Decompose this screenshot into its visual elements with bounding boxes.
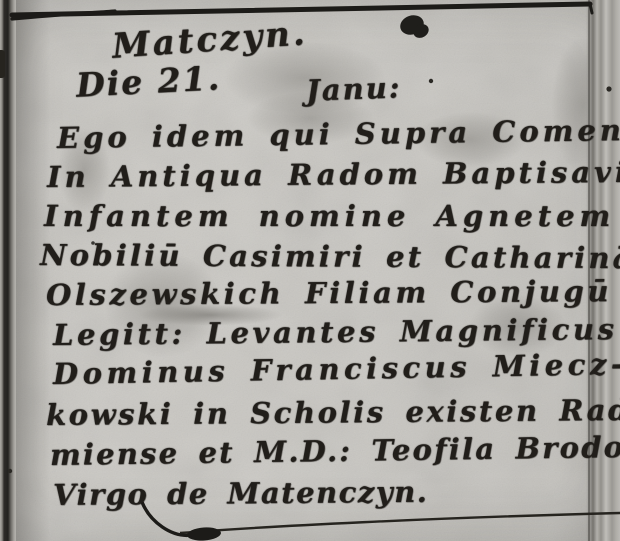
manuscript-line: kowski in Scholis existen Rado= <box>46 392 620 432</box>
page-edge-nick <box>0 50 5 78</box>
manuscript-line: Dominus Franciscus Miecz- <box>53 347 620 391</box>
manuscript-line: Infantem nomine Agnetem <box>44 199 615 233</box>
manuscript-line: Nobiliū Casimiri et Catharinā <box>40 238 620 275</box>
manuscript-line: Olszewskich Filiam Conjugū <box>46 274 612 312</box>
manuscript-line: Virgo de Matenczyn. <box>53 475 429 512</box>
manuscript-line: Legitt: Levantes Magnificus <box>53 312 618 352</box>
entry-date-month: Janu: <box>305 70 402 107</box>
entry-date-day: Die 21. <box>75 58 222 105</box>
page-fold-edge <box>0 0 16 541</box>
manuscript-page: Matczyn. Die 21. Janu: Ego idem qui Supr… <box>0 0 620 541</box>
ink-blot <box>398 12 432 40</box>
ink-splotch <box>187 526 222 541</box>
manuscript-line: miense et M.D.: Teofila Brodowska <box>50 429 620 472</box>
manuscript-line: In Antiqua Radom Baptisavi <box>47 155 620 194</box>
bottom-rule-line <box>180 513 620 533</box>
manuscript-line: Ego idem qui Supra Comens <box>57 113 620 155</box>
ink-speck <box>429 79 433 83</box>
